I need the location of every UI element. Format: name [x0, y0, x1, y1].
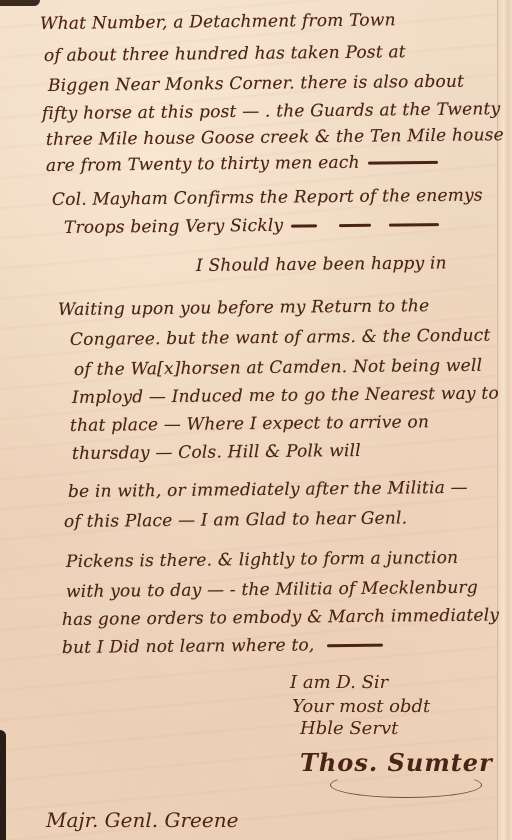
- closing-line: Your most obdt: [292, 696, 430, 717]
- letter-line: be in with, or immediately after the Mil…: [68, 478, 468, 502]
- addressee: Majr. Genl. Greene: [46, 808, 238, 832]
- letter-line: are from Twenty to thirty men each: [46, 152, 438, 176]
- letter-line: of this Place — I am Glad to hear Genl.: [64, 508, 407, 532]
- closing-line: Hble Servt: [300, 718, 398, 739]
- letter-line-text: are from Twenty to thirty men each: [46, 153, 360, 176]
- letter-line: thursday — Cols. Hill & Polk will: [72, 441, 361, 464]
- letter-line-text: Troops being Very Sickly: [64, 216, 283, 238]
- letter-line: Congaree. but the want of arms. & the Co…: [70, 326, 491, 350]
- pen-dash: [368, 161, 438, 165]
- letter-line: Col. Mayham Confirms the Report of the e…: [52, 185, 483, 210]
- letter-line: has gone orders to embody & March immedi…: [62, 605, 499, 630]
- letter-line: Imployd — Induced me to go the Nearest w…: [72, 384, 499, 408]
- closing-line: I am D. Sir: [290, 672, 388, 693]
- pen-dash: [339, 224, 371, 227]
- letter-body: What Number, a Detachment from Town of a…: [0, 0, 512, 840]
- letter-line: I Should have been happy in: [196, 253, 447, 276]
- letter-line: that place — Where I expect to arrive on: [70, 412, 429, 436]
- letter-line-text: but I Did not learn where to,: [62, 635, 315, 658]
- letter-line: fifty horse at this post — . the Guards …: [42, 99, 501, 124]
- letter-line: What Number, a Detachment from Town: [40, 10, 396, 34]
- signature-flourish: [330, 772, 482, 798]
- pen-dash: [326, 644, 382, 648]
- letter-line: Troops being Very Sickly: [64, 214, 439, 238]
- letter-line: with you to day — - the Militia of Meckl…: [66, 578, 478, 602]
- letter-line: but I Did not learn where to,: [62, 635, 383, 658]
- letter-line: three Mile house Goose creek & the Ten M…: [46, 125, 504, 150]
- letter-page: What Number, a Detachment from Town of a…: [0, 0, 512, 840]
- pen-dash: [291, 224, 317, 227]
- letter-line: Biggen Near Monks Corner. there is also …: [48, 72, 464, 96]
- pen-dash: [389, 223, 439, 227]
- letter-line: Waiting upon you before my Return to the: [58, 296, 430, 320]
- letter-line: of about three hundred has taken Post at: [44, 42, 406, 66]
- letter-line: Pickens is there. & lightly to form a ju…: [66, 548, 458, 572]
- letter-line: of the Wa[x]horsen at Camden. Not being …: [74, 356, 482, 380]
